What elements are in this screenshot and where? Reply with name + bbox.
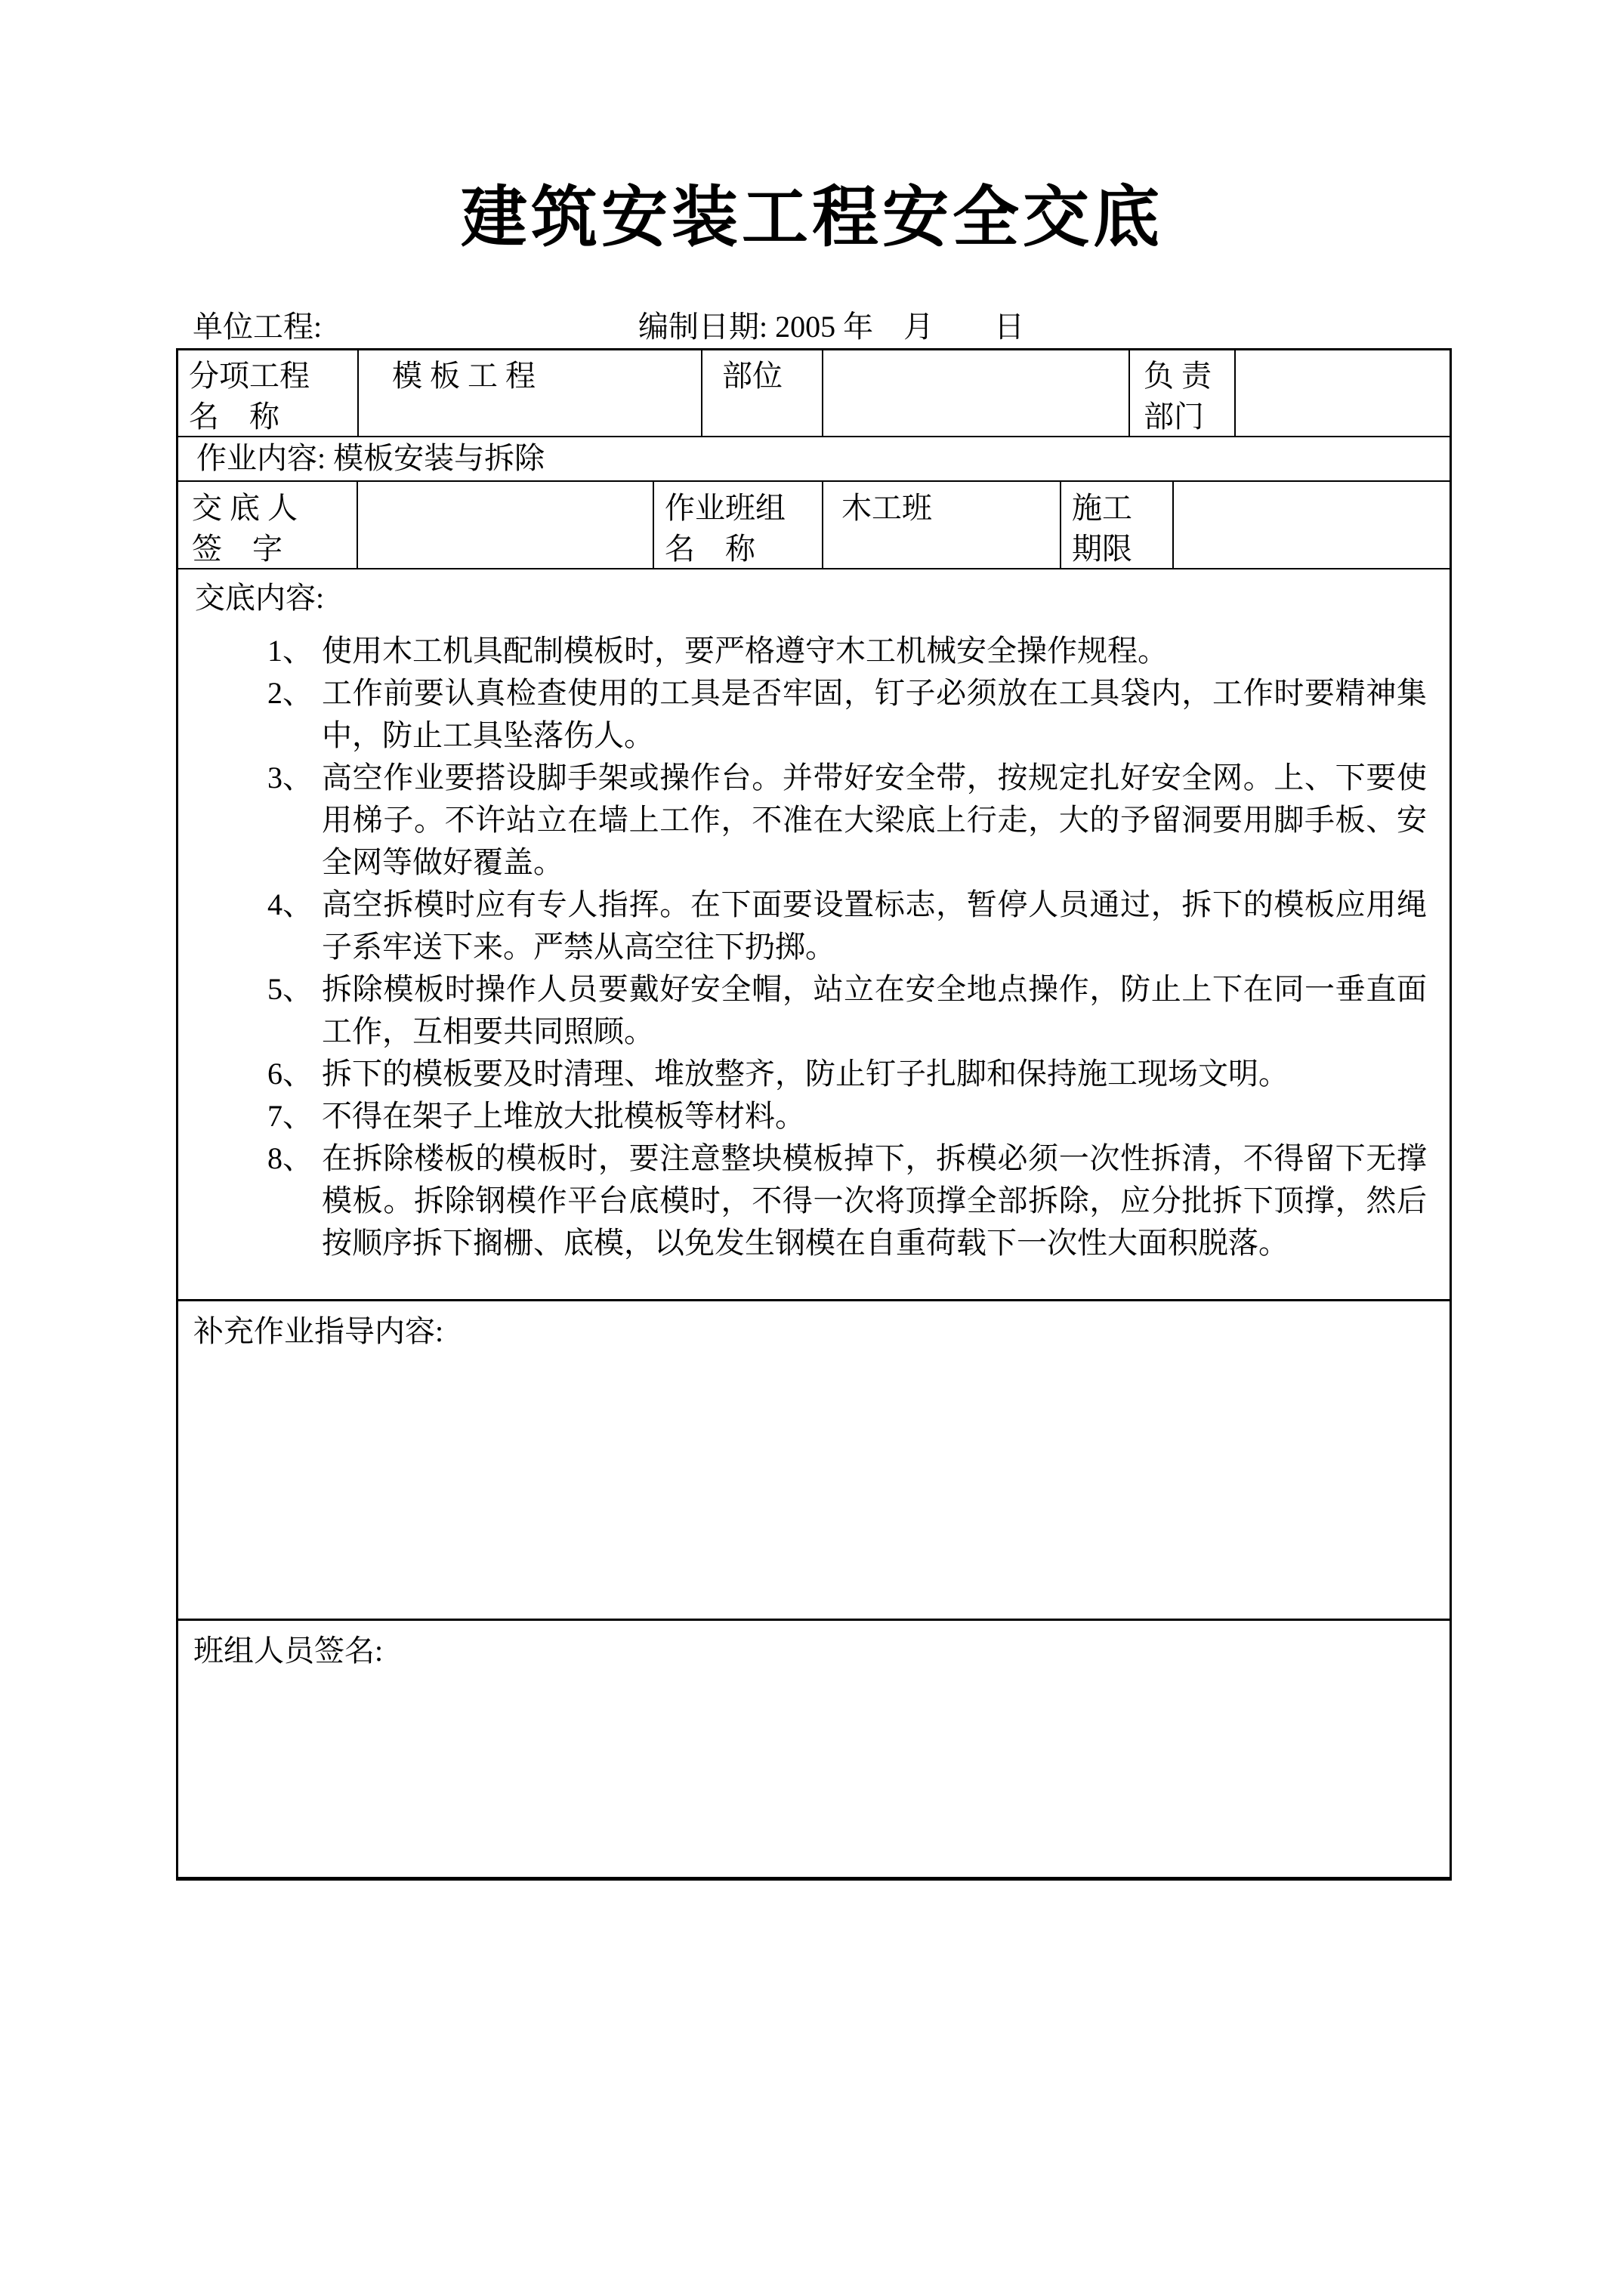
row-disclosure-content: 交底内容: 1、 使用木工机具配制模板时，要严格遵守木工机械安全操作规程。 2、… [178, 569, 1450, 1301]
page-title: 建筑安装工程安全交底 [0, 181, 1624, 257]
item-text: 在拆除楼板的模板时，要注意整块模板掉下，拆模必须一次性拆清，不得留下无撑模板。拆… [322, 1137, 1439, 1264]
item-number: 7、 [267, 1095, 322, 1137]
list-item: 6、 拆下的模板要及时清理、堆放整齐，防止钉子扎脚和保持施工现场文明。 [195, 1053, 1439, 1095]
meta-line: 单位工程: 编制日期: 2005 年 月 日 [0, 308, 1624, 347]
discloser-signature-label: 交 底 人 签 字 [178, 482, 358, 568]
document-page: 建筑安装工程安全交底 单位工程: 编制日期: 2005 年 月 日 分项工程 名… [0, 0, 1624, 2293]
item-number: 8、 [267, 1137, 322, 1264]
list-item: 1、 使用木工机具配制模板时，要严格遵守木工机械安全操作规程。 [195, 630, 1439, 672]
location-value [823, 350, 1130, 436]
list-item: 3、 高空作业要搭设脚手架或操作台。并带好安全带，按规定扎好安全网。上、下要使用… [195, 757, 1439, 884]
signatures-label: 班组人员签名: [178, 1621, 1450, 1878]
item-text: 拆除模板时操作人员要戴好安全帽，站立在安全地点操作，防止上下在同一垂直面工作，互… [322, 968, 1439, 1053]
item-text: 拆下的模板要及时清理、堆放整齐，防止钉子扎脚和保持施工现场文明。 [322, 1053, 1439, 1095]
safety-disclosure-table: 分项工程 名 称 模 板 工 程 部位 负 责 部门 作业内容: 模板安装与拆除… [176, 348, 1452, 1881]
item-number: 2、 [267, 672, 322, 757]
work-content-text: 作业内容: 模板安装与拆除 [178, 437, 1450, 480]
row-supplement: 补充作业指导内容: [178, 1301, 1450, 1621]
responsible-dept-label: 负 责 部门 [1130, 350, 1236, 436]
construction-period-value [1174, 482, 1450, 568]
row-subproject: 分项工程 名 称 模 板 工 程 部位 负 责 部门 [178, 350, 1450, 437]
item-text: 高空作业要搭设脚手架或操作台。并带好安全带，按规定扎好安全网。上、下要使用梯子。… [322, 757, 1439, 884]
item-text: 高空拆模时应有专人指挥。在下面要设置标志，暂停人员通过，拆下的模板应用绳子系牢送… [322, 884, 1439, 968]
discloser-signature-value [358, 482, 654, 568]
item-text: 使用木工机具配制模板时，要严格遵守木工机械安全操作规程。 [322, 630, 1439, 672]
subproject-name-label: 分项工程 名 称 [178, 350, 359, 436]
row-work-content: 作业内容: 模板安装与拆除 [178, 437, 1450, 482]
construction-period-label: 施工 期限 [1061, 482, 1174, 568]
item-text: 不得在架子上堆放大批模板等材料。 [322, 1095, 1439, 1137]
row-signatures: 班组人员签名: [178, 1621, 1450, 1878]
item-number: 1、 [267, 630, 322, 672]
compile-date-label: 编制日期: 2005 年 月 日 [638, 308, 1024, 346]
disclosure-content-cell: 交底内容: 1、 使用木工机具配制模板时，要严格遵守木工机械安全操作规程。 2、… [178, 569, 1450, 1299]
supplement-label: 补充作业指导内容: [178, 1301, 1450, 1619]
item-number: 3、 [267, 757, 322, 884]
list-item: 8、 在拆除楼板的模板时，要注意整块模板掉下，拆模必须一次性拆清，不得留下无撑模… [195, 1137, 1439, 1264]
list-item: 4、 高空拆模时应有专人指挥。在下面要设置标志，暂停人员通过，拆下的模板应用绳子… [195, 884, 1439, 968]
unit-project-label: 单位工程: [193, 308, 322, 346]
item-number: 5、 [267, 968, 322, 1053]
location-label: 部位 [702, 350, 823, 436]
item-text: 工作前要认真检查使用的工具是否牢固，钉子必须放在工具袋内，工作时要精神集中，防止… [322, 672, 1439, 757]
list-item: 5、 拆除模板时操作人员要戴好安全帽，站立在安全地点操作，防止上下在同一垂直面工… [195, 968, 1439, 1053]
list-item: 7、 不得在架子上堆放大批模板等材料。 [195, 1095, 1439, 1137]
responsible-dept-value [1236, 350, 1450, 436]
subproject-name-value: 模 板 工 程 [359, 350, 702, 436]
item-number: 6、 [267, 1053, 322, 1095]
list-item: 2、 工作前要认真检查使用的工具是否牢固，钉子必须放在工具袋内，工作时要精神集中… [195, 672, 1439, 757]
row-discloser: 交 底 人 签 字 作业班组 名 称 木工班 施工 期限 [178, 482, 1450, 569]
work-team-label: 作业班组 名 称 [654, 482, 823, 568]
item-number: 4、 [267, 884, 322, 968]
disclosure-item-list: 1、 使用木工机具配制模板时，要严格遵守木工机械安全操作规程。 2、 工作前要认… [195, 630, 1439, 1264]
disclosure-content-label: 交底内容: [195, 577, 1439, 619]
work-team-value: 木工班 [823, 482, 1061, 568]
